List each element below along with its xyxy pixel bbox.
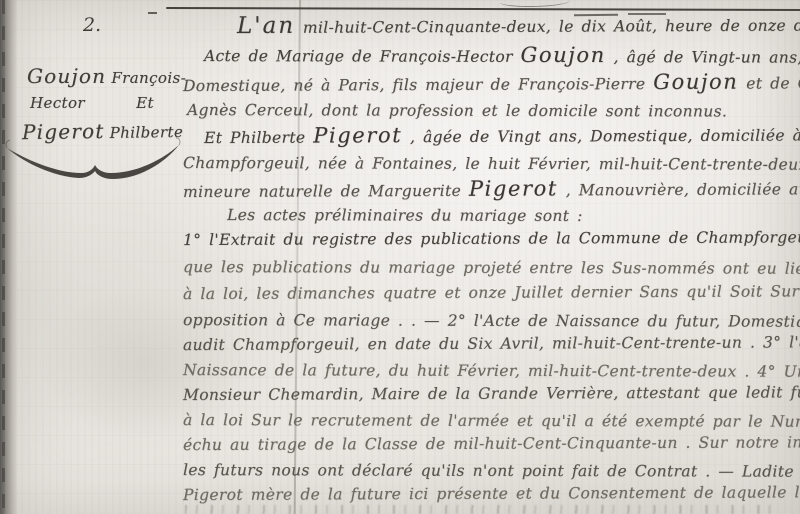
- body-line-16: à la loi Sur le recrutement de l'armée e…: [183, 413, 800, 430]
- body-line-2: Acte de Mariage de François-Hector Goujo…: [204, 46, 800, 66]
- margin-groom-name-2: Hector Et: [30, 96, 154, 111]
- body-line-14: Naissance de la future, du huit Février,…: [183, 363, 800, 380]
- groom-given-name: François-: [111, 69, 186, 87]
- body-line-7: mineure naturelle de Marguerite Pigerot …: [183, 179, 800, 201]
- bride-surname-inline: Pigerot: [313, 123, 402, 147]
- act-number: 2.: [83, 14, 101, 36]
- body-line-11: à la loi, les dimanches quatre et onze J…: [183, 284, 800, 303]
- scanned-register-page: 2. Goujon François- Hector Et Pigerot Ph…: [0, 0, 800, 514]
- body-line-18: les futurs nous ont déclaré qu'ils n'ont…: [183, 463, 800, 480]
- text-segment: , âgé de Vingt-un ans,: [614, 48, 800, 66]
- groom-given-name-2: Hector: [30, 94, 85, 112]
- text-segment: Acte de Mariage de François-Hector: [204, 47, 513, 66]
- margin-flourish: [4, 136, 182, 180]
- text-segment: , Manouvrière, domiciliée audit Champfor…: [566, 180, 800, 200]
- text-segment: Domestique, né à Paris, fils majeur de F…: [183, 75, 645, 95]
- et-label: Et: [136, 96, 154, 111]
- top-rule-dash: [148, 12, 157, 14]
- body-line-6: Champforgeuil, née à Fontaines, le huit …: [183, 156, 800, 173]
- body-line-10: que les publications du mariage projeté …: [183, 260, 800, 277]
- body-line-8: Les actes préliminaires du mariage sont …: [227, 208, 583, 224]
- body-line-3: Domestique, né à Paris, fils majeur de F…: [183, 73, 800, 94]
- body-line-13: audit Champforgeuil, en date du Six Avri…: [183, 335, 800, 353]
- margin-groom-name: Goujon François-: [27, 66, 186, 86]
- text-segment: et de Cécile-: [746, 74, 800, 92]
- body-line-19: Pigerot mère de la future ici présente e…: [183, 485, 800, 504]
- body-line-5: Et Philberte Pigerot , âgée de Vingt ans…: [204, 125, 800, 146]
- previous-act-tail-stroke: [500, 0, 570, 7]
- page-binding-edge: [0, 0, 18, 514]
- body-line-9: 1° l'Extrait du registre des publication…: [183, 230, 800, 249]
- groom-surname: Goujon: [27, 64, 106, 88]
- top-rule-line: [166, 7, 800, 11]
- opening-word: L'an: [237, 13, 295, 39]
- partial-bottom-line: [185, 505, 775, 514]
- text-segment: mineure naturelle de Marguerite: [183, 182, 461, 201]
- body-line-1: L'an mil-huit-Cent-Cinquante-deux, le di…: [237, 14, 800, 36]
- body-line-17: échu au tirage de la Classe de mil-huit-…: [183, 435, 800, 454]
- body-line-4: Agnès Cerceul, dont la profession et le …: [187, 103, 727, 120]
- body-line-15: Monsieur Chemardin, Maire de la Grande V…: [183, 385, 800, 404]
- text-segment: , âgée de Vingt ans, Domestique, domicil…: [410, 126, 800, 146]
- text-segment: mil-huit-Cent-Cinquante-deux, le dix Aoû…: [303, 16, 800, 36]
- father-surname-inline: Goujon: [653, 70, 738, 94]
- mother-surname-inline: Pigerot: [469, 176, 558, 200]
- groom-surname-inline: Goujon: [521, 43, 606, 67]
- text-segment: Et Philberte: [204, 129, 305, 147]
- body-line-12: opposition à Ce mariage . . — 2° l'Acte …: [183, 313, 800, 330]
